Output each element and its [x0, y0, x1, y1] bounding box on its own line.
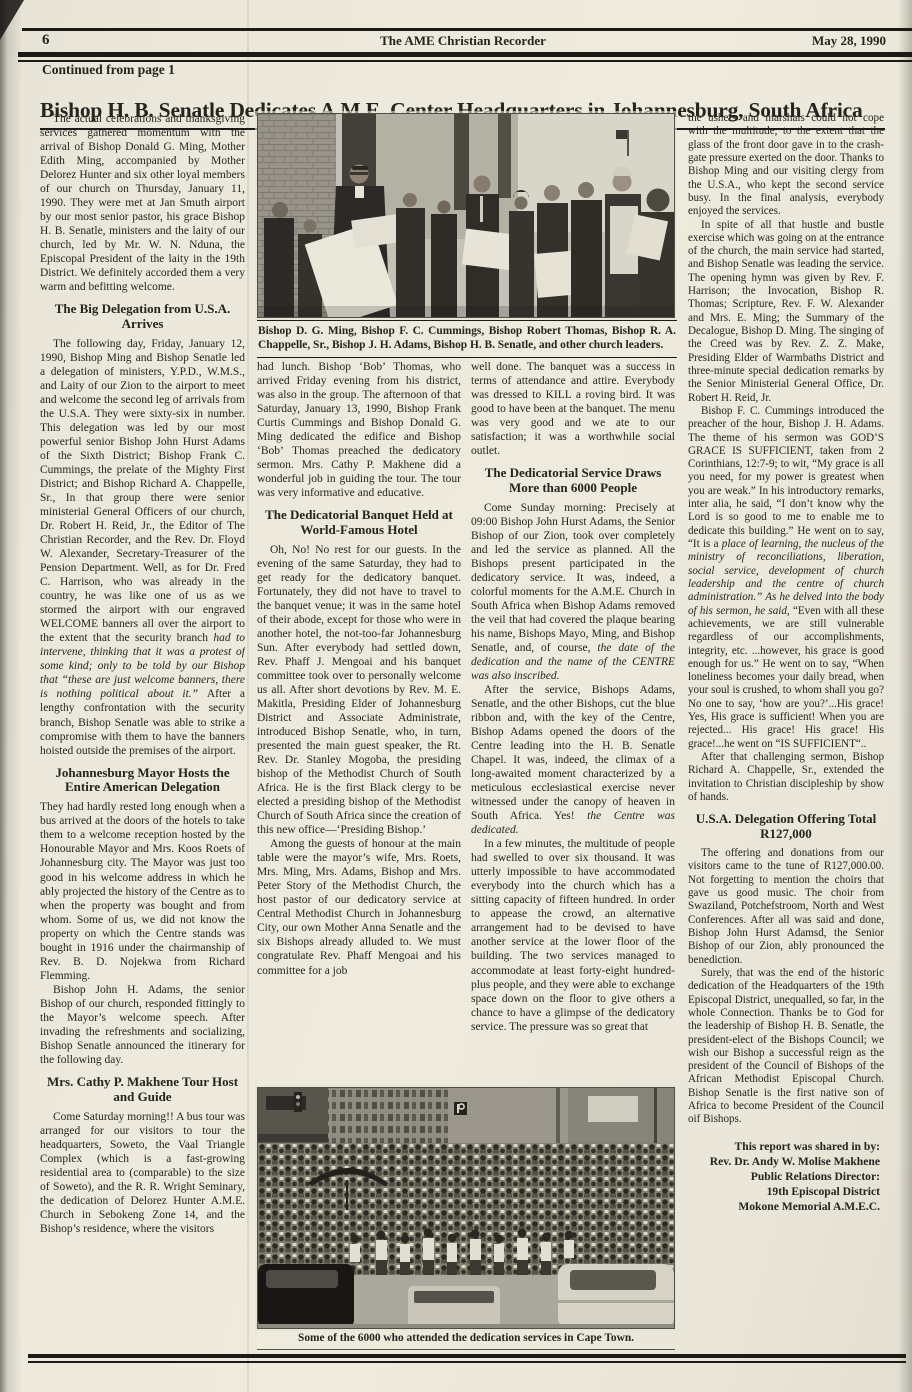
section-heading-offering: U.S.A. Delegation Offering Total R127,00… — [694, 812, 878, 842]
photo-caption-top: Bishop D. G. Ming, Bishop F. C. Cummings… — [257, 320, 677, 358]
scan-artifact — [0, 0, 24, 40]
crowd-photo — [257, 1087, 675, 1329]
article-column-4: the ushers and marshals could not cope w… — [688, 112, 884, 1348]
divider — [28, 1354, 906, 1358]
paragraph-run: “Even with all these achievements, we ar… — [688, 605, 884, 750]
paragraph: Oh, No! No rest for our guests. In the e… — [257, 543, 461, 837]
paragraph: the ushers and marshals could not cope w… — [688, 112, 884, 219]
section-heading-tour: Mrs. Cathy P. Makhene Tour Host and Guid… — [46, 1075, 239, 1105]
scan-edge-shadow-right — [898, 0, 912, 1392]
divider — [18, 52, 912, 57]
crowd-photo-image — [258, 1088, 674, 1328]
continued-note: Continued from page 1 — [42, 62, 175, 78]
signature-line: Rev. Dr. Andy W. Molise Makhene — [688, 1154, 880, 1169]
divider — [28, 1361, 906, 1363]
newspaper-page: 6 The AME Christian Recorder May 28, 199… — [0, 0, 912, 1392]
paragraph: had lunch. Bishop ‘Bob’ Thomas, who arri… — [257, 360, 461, 500]
paragraph: After the service, Bishops Adams, Senatl… — [471, 683, 675, 837]
signature-line: Public Relations Director: — [688, 1169, 880, 1184]
masthead: 6 The AME Christian Recorder May 28, 199… — [40, 32, 886, 50]
paragraph: Come Saturday morning!! A bus tour was a… — [40, 1110, 245, 1236]
section-heading-delegation: The Big Delegation from U.S.A. Arrives — [46, 302, 239, 332]
paragraph: The actual celebrations and thanksgiving… — [40, 112, 245, 294]
paragraph: The offering and donations from our visi… — [688, 847, 884, 967]
article-column-1: The actual celebrations and thanksgiving… — [40, 112, 245, 1348]
paragraph: Surely, that was the end of the historic… — [688, 967, 884, 1127]
section-heading-mayor: Johannesburg Mayor Hosts the Entire Amer… — [46, 766, 239, 796]
paragraph-run: Come Sunday morning: Precisely at 09:00 … — [471, 502, 675, 654]
section-heading-service: The Dedicatorial Service Draws More than… — [477, 466, 669, 496]
issue-date: May 28, 1990 — [812, 33, 886, 49]
dedication-photo-image — [258, 114, 674, 317]
paragraph: Bishop John H. Adams, the senior Bishop … — [40, 983, 245, 1067]
signature-line: Mokone Memorial A.M.E.C. — [688, 1199, 880, 1214]
paragraph-run: After the service, Bishops Adams, Senatl… — [471, 684, 675, 822]
paragraph-run: Bishop F. C. Cummings introduced the pre… — [688, 405, 884, 550]
paragraph: In a few minutes, the multitude of peopl… — [471, 837, 675, 1033]
paper-crease — [247, 0, 249, 1392]
paragraph: After that challenging sermon, Bishop Ri… — [688, 751, 884, 804]
paragraph: The following day, Friday, January 12, 1… — [40, 337, 245, 757]
photo-caption-bottom: Some of the 6000 who attended the dedica… — [257, 1331, 675, 1350]
scan-edge-shadow — [0, 0, 22, 1392]
dedication-photo — [257, 113, 675, 318]
paragraph: In spite of all that hustle and bustle e… — [688, 219, 884, 405]
paragraph: well done. The banquet was a success in … — [471, 360, 675, 458]
signature-block: This report was shared in by: Rev. Dr. A… — [688, 1139, 884, 1214]
masthead-title: The AME Christian Recorder — [40, 33, 886, 49]
paragraph: Bishop F. C. Cummings introduced the pre… — [688, 405, 884, 751]
signature-line: 19th Episcopal District — [688, 1184, 880, 1199]
divider — [22, 28, 912, 31]
paragraph: They had hardly rested long enough when … — [40, 800, 245, 982]
section-heading-banquet: The Dedicatorial Banquet Held at World-F… — [263, 508, 455, 538]
paragraph: Come Sunday morning: Precisely at 09:00 … — [471, 501, 675, 683]
paragraph-run: The following day, Friday, January 12, 1… — [40, 338, 245, 644]
signature-line: This report was shared in by: — [688, 1139, 880, 1154]
paragraph: Among the guests of honour at the main t… — [257, 837, 461, 977]
article-column-3: well done. The banquet was a success in … — [471, 360, 675, 1083]
article-column-2: had lunch. Bishop ‘Bob’ Thomas, who arri… — [257, 360, 461, 1083]
